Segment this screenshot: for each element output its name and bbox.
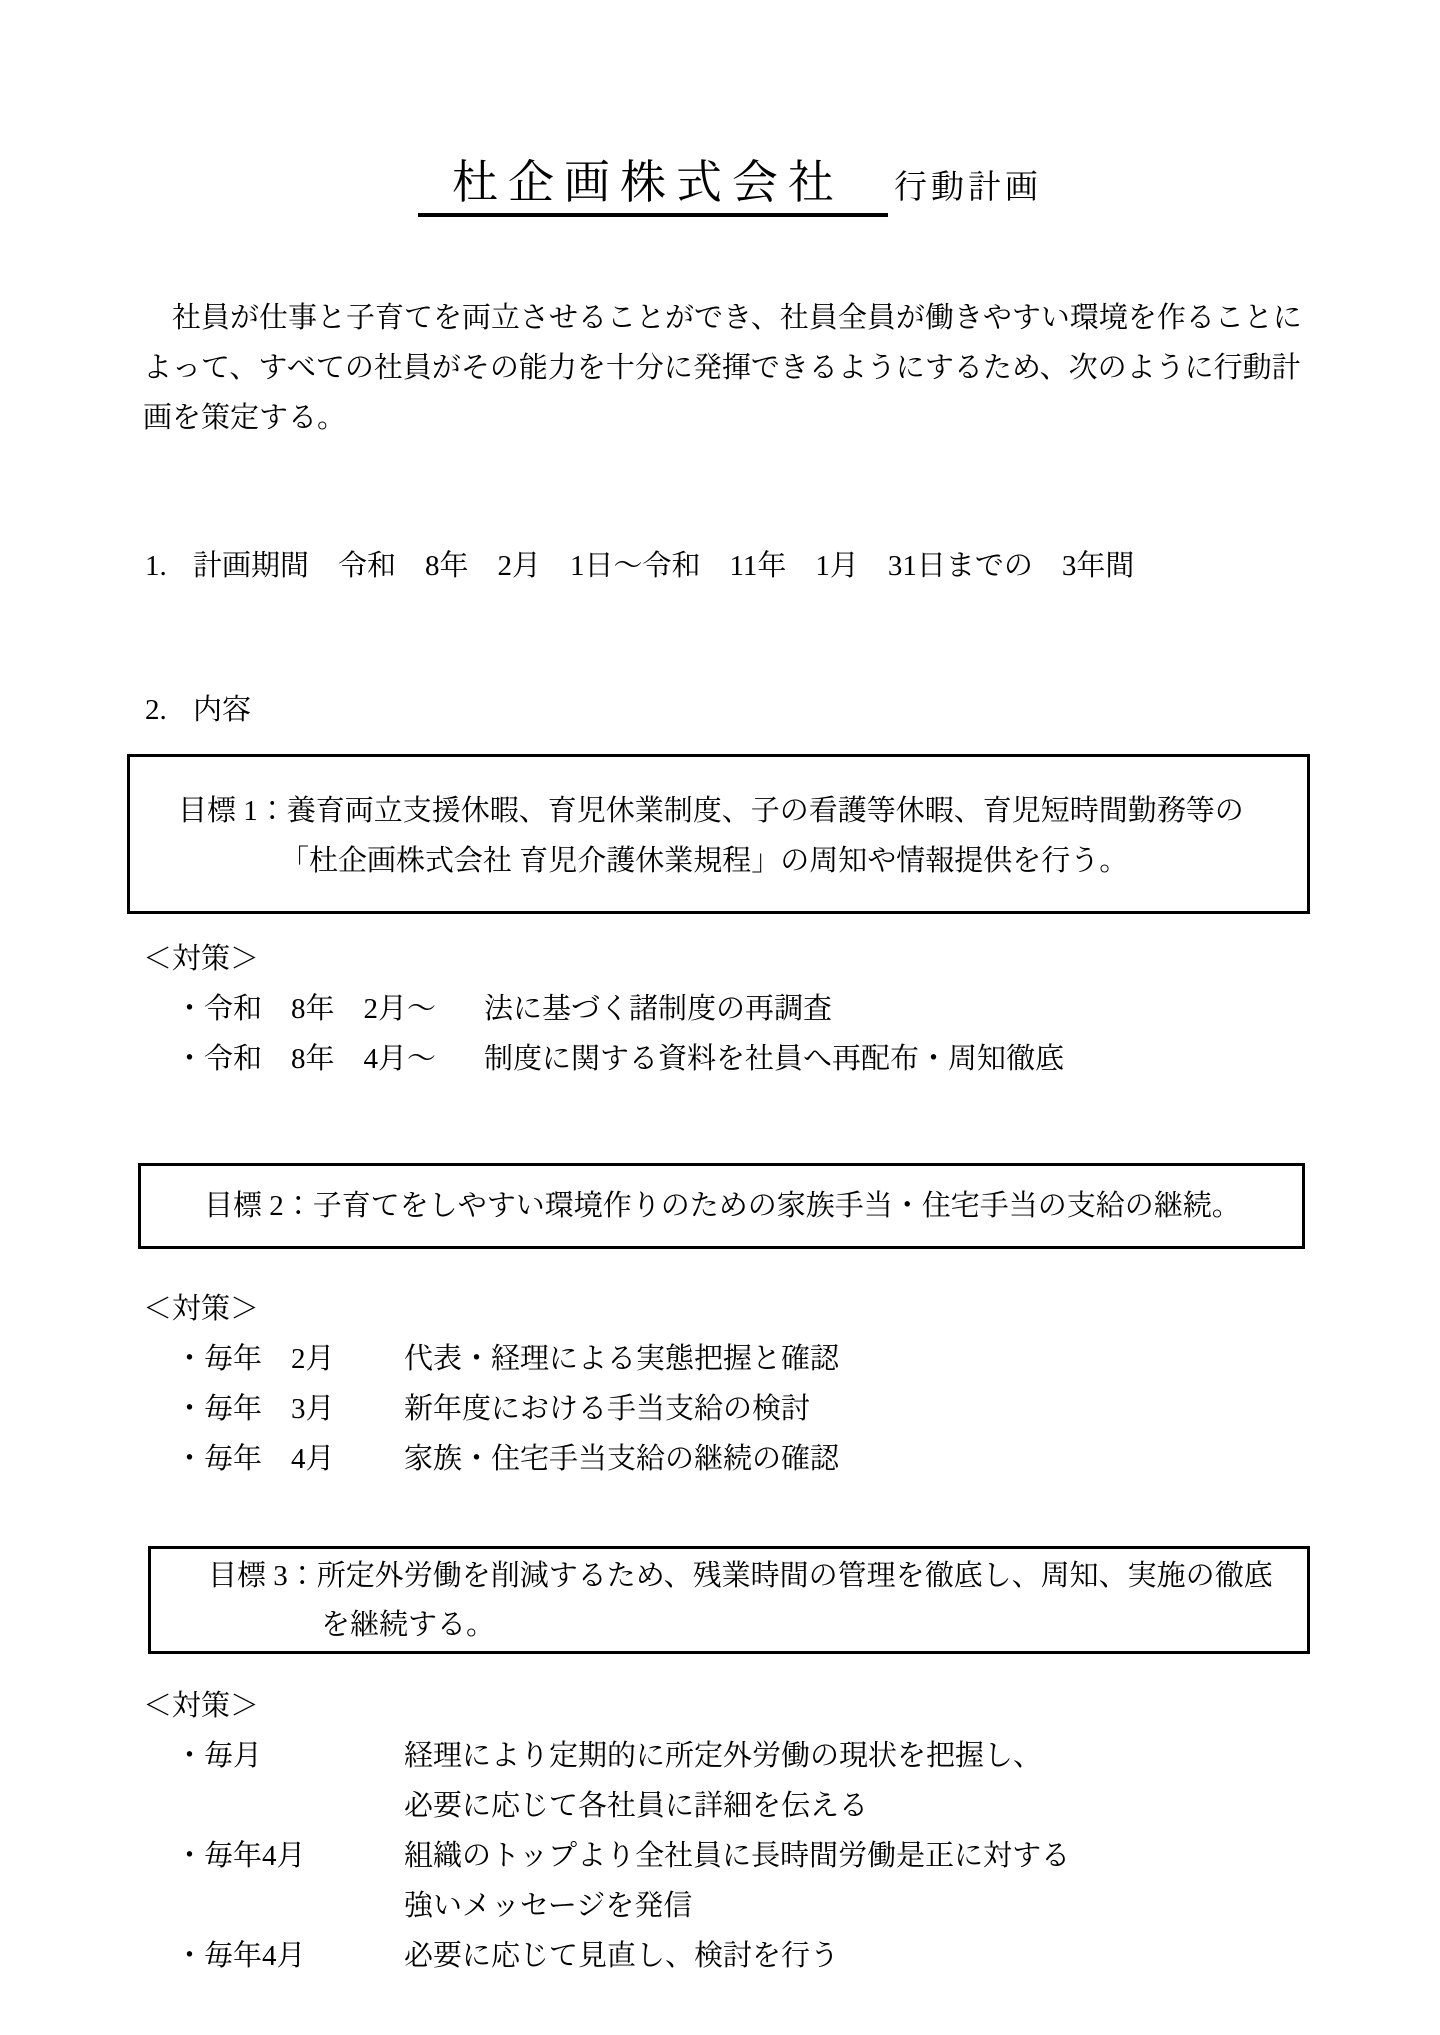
measures-heading-2: ＜対策＞ bbox=[143, 1284, 1440, 1334]
bullet-icon: ・ bbox=[175, 1384, 204, 1434]
goal-box-1: 目標 1：養育両立支援休暇、育児休業制度、子の看護等休暇、育児短時間勤務等の 「… bbox=[127, 754, 1310, 914]
measures-heading-1: ＜対策＞ bbox=[143, 934, 1440, 984]
document-title: 杜企画株式会社行動計画 bbox=[418, 160, 1440, 224]
measure-desc: 家族・住宅手当支給の継続の確認 bbox=[404, 1434, 839, 1484]
measure-date: 令和 8年 4月～ bbox=[204, 1034, 484, 1084]
bullet-icon: ・ bbox=[175, 1434, 204, 1484]
measure-date: 毎年 3月 bbox=[204, 1384, 404, 1434]
measure-desc: 組織のトップより全社員に長時間労働是正に対する 強いメッセージを発信 bbox=[404, 1831, 1070, 1931]
item-text: 計画期間 令和 8年 2月 1日～令和 11年 1月 31日までの 3年間 bbox=[193, 550, 1134, 582]
measure-desc: 新年度における手当支給の検討 bbox=[404, 1384, 810, 1434]
list-item: ・ 毎年 3月 新年度における手当支給の検討 bbox=[175, 1384, 1440, 1434]
measure-date: 毎月 bbox=[204, 1731, 404, 1831]
measure-date: 令和 8年 2月～ bbox=[204, 984, 484, 1034]
document-page: 杜企画株式会社行動計画 社員が仕事と子育てを両立させることができ、社員全員が働き… bbox=[0, 0, 1440, 2035]
bullet-icon: ・ bbox=[175, 984, 204, 1034]
list-item: ・ 毎年 2月 代表・経理による実態把握と確認 bbox=[175, 1334, 1440, 1384]
list-item: ・ 令和 8年 4月～ 制度に関する資料を社員へ再配布・周知徹底 bbox=[175, 1034, 1440, 1084]
numbered-item-content: 2.内容 bbox=[145, 635, 1440, 735]
company-name: 杜企画株式会社 bbox=[418, 160, 888, 217]
measure-desc: 必要に応じて見直し、検討を行う bbox=[404, 1931, 839, 1981]
list-item: ・ 毎年 4月 家族・住宅手当支給の継続の確認 bbox=[175, 1434, 1440, 1484]
doc-type-label: 行動計画 bbox=[894, 170, 1042, 206]
measure-date: 毎年4月 bbox=[204, 1831, 404, 1931]
measure-desc: 代表・経理による実態把握と確認 bbox=[404, 1334, 839, 1384]
intro-paragraph: 社員が仕事と子育てを両立させることができ、社員全員が働きやすい環境を作ることに … bbox=[143, 293, 1385, 443]
measure-desc: 制度に関する資料を社員へ再配布・周知徹底 bbox=[484, 1034, 1064, 1084]
bullet-icon: ・ bbox=[175, 1334, 204, 1384]
list-item: ・ 毎年4月 組織のトップより全社員に長時間労働是正に対する 強いメッセージを発… bbox=[175, 1831, 1440, 1931]
measures-heading-3: ＜対策＞ bbox=[143, 1681, 1440, 1731]
measure-date: 毎年 2月 bbox=[204, 1334, 404, 1384]
bullet-icon: ・ bbox=[175, 1034, 204, 1084]
item-number: 1. bbox=[145, 541, 193, 591]
list-item: ・ 令和 8年 2月～ 法に基づく諸制度の再調査 bbox=[175, 984, 1440, 1034]
list-item: ・ 毎月 経理により定期的に所定外労働の現状を把握し、 必要に応じて各社員に詳細… bbox=[175, 1731, 1440, 1831]
measure-date: 毎年 4月 bbox=[204, 1434, 404, 1484]
measure-desc: 法に基づく諸制度の再調査 bbox=[484, 984, 832, 1034]
item-number: 2. bbox=[145, 685, 193, 735]
measure-desc: 経理により定期的に所定外労働の現状を把握し、 必要に応じて各社員に詳細を伝える bbox=[404, 1731, 1042, 1831]
measure-date: 毎年4月 bbox=[204, 1931, 404, 1981]
bullet-icon: ・ bbox=[175, 1731, 204, 1831]
goal-box-3: 目標 3：所定外労働を削減するため、残業時間の管理を徹底し、周知、実施の徹底 を… bbox=[148, 1546, 1310, 1654]
list-item: ・ 毎年4月 必要に応じて見直し、検討を行う bbox=[175, 1931, 1440, 1981]
bullet-icon: ・ bbox=[175, 1831, 204, 1931]
item-text: 内容 bbox=[193, 694, 251, 726]
numbered-item-period: 1.計画期間 令和 8年 2月 1日～令和 11年 1月 31日までの 3年間 bbox=[145, 491, 1440, 591]
goal-box-2: 目標 2：子育てをしやすい環境作りのための家族手当・住宅手当の支給の継続。 bbox=[138, 1163, 1305, 1249]
bullet-icon: ・ bbox=[175, 1931, 204, 1981]
